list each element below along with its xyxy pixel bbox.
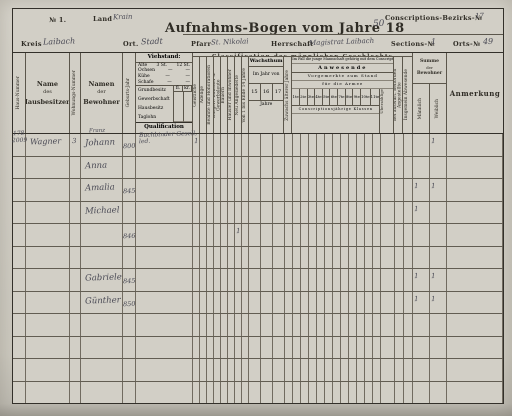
cell-n3 [214, 247, 221, 269]
cell-sm: 1 [413, 292, 430, 314]
cell-n6 [235, 269, 242, 291]
cell-bew [81, 247, 123, 269]
cell-haus [13, 337, 26, 359]
cell-c1 [301, 224, 309, 246]
cell-n2 [207, 359, 214, 381]
cell-w16 [261, 292, 273, 314]
cell-quali [136, 247, 193, 269]
cell-c6 [341, 247, 349, 269]
cell-z [285, 382, 293, 404]
tally-mark: 1 [236, 227, 241, 235]
cell-bew: Michael [81, 202, 123, 224]
cell-z [285, 359, 293, 381]
cell-sm [413, 314, 430, 336]
cell-n3 [214, 224, 221, 246]
cell-c9 [365, 359, 373, 381]
cell-c5 [333, 337, 341, 359]
cell-quali [136, 359, 193, 381]
cell-n7 [242, 382, 249, 404]
cell-r0 [395, 247, 404, 269]
class-cell: 6te [330, 89, 338, 105]
col-header-class-label: Beamte und Honoratioren [208, 65, 213, 125]
cell-wohn [70, 337, 81, 359]
cell-x [381, 157, 395, 179]
cell-c0 [293, 224, 301, 246]
cell-geb: 800 [123, 134, 136, 156]
col-header-class-label: Bauern [222, 87, 227, 104]
cell-n0 [193, 179, 200, 201]
col-header-ueberzaehlige: Überzählige [380, 89, 393, 133]
cell-c9 [365, 382, 373, 404]
cell-c6 [341, 224, 349, 246]
cell-n5 [228, 269, 235, 291]
cell-c8 [357, 359, 365, 381]
pfarr-label: Pfarr [191, 40, 211, 48]
cell-owner [26, 359, 70, 381]
cell-c9 [365, 247, 373, 269]
cell-n1 [200, 269, 207, 291]
bewohner-name: Michael [85, 205, 120, 216]
cell-haus [13, 157, 26, 179]
col-header-class-3: Bürgerl. Künstler u. Gewerbsleute [214, 57, 221, 133]
cell-wohn [70, 314, 81, 336]
cell-bew: FranzJohann [81, 134, 123, 156]
cell-c10 [373, 337, 381, 359]
cell-w15 [249, 337, 261, 359]
cell-w16 [261, 224, 273, 246]
cell-c8 [357, 382, 365, 404]
cell-c0 [293, 359, 301, 381]
cell-n2 [207, 292, 214, 314]
cell-bew [81, 382, 123, 404]
cell-c4 [325, 134, 333, 156]
cell-n2 [207, 202, 214, 224]
cell-r0 [395, 134, 404, 156]
cell-r1 [404, 134, 413, 156]
cell-sw [430, 247, 447, 269]
cell-n0 [193, 157, 200, 179]
cell-anm [447, 314, 503, 336]
cell-n2 [207, 179, 214, 201]
viehstand-title: Viehstand: [136, 53, 192, 63]
table-row [13, 382, 503, 404]
cell-x [381, 202, 395, 224]
cell-n6 [235, 314, 242, 336]
cell-n6 [235, 247, 242, 269]
cell-c1 [301, 337, 309, 359]
cell-n2 [207, 382, 214, 404]
col-header-geburtsjahr: Geburts-Jahr [123, 53, 136, 133]
orts-value: 49 [483, 37, 493, 46]
wachsthum-year: 15 [249, 84, 261, 100]
col-header-class-label: Neu Angesiedelte [236, 75, 241, 116]
cell-w15 [249, 134, 261, 156]
col-header-bewohner: Namen der Bewohner [81, 53, 123, 133]
cell-r1 [404, 382, 413, 404]
cell-w17 [273, 314, 285, 336]
cell-c2 [309, 269, 317, 291]
cell-n0 [193, 314, 200, 336]
tally-mark: 1 [431, 182, 436, 190]
cell-c1 [301, 382, 309, 404]
birth-year: 845 [123, 187, 136, 195]
cell-n4 [221, 314, 228, 336]
cell-wohn [70, 179, 81, 201]
cell-r1 [404, 359, 413, 381]
col-header-behoerden-angestellte: Bei auswärt. Behörden Angestellte [394, 57, 403, 133]
class-cell: 7te [338, 89, 346, 105]
cell-c9 [365, 202, 373, 224]
tally-mark: 1 [431, 137, 436, 145]
col-header-class-label: Bürgerl. Künstler u. Gewerbsleute [214, 57, 221, 133]
bewohner-name: Amalia [85, 182, 115, 193]
cell-w15 [249, 247, 261, 269]
wachsthum-line: Im Jahr von [249, 67, 283, 83]
cell-sw [430, 157, 447, 179]
cell-w15 [249, 292, 261, 314]
birth-year: 846 [123, 232, 136, 240]
cell-c1 [301, 247, 309, 269]
cell-c4 [325, 292, 333, 314]
cell-c10 [373, 382, 381, 404]
cell-c2 [309, 337, 317, 359]
cell-c4 [325, 224, 333, 246]
cell-w15 [249, 157, 261, 179]
cell-c0 [293, 157, 301, 179]
cell-n0 [193, 292, 200, 314]
birth-year: 850 [123, 299, 136, 307]
cell-n5 [228, 337, 235, 359]
cell-sw: 1 [430, 179, 447, 201]
cell-r0 [395, 179, 404, 201]
cell-c10 [373, 292, 381, 314]
cell-w17 [273, 292, 285, 314]
anwesende-title: Anwesende [292, 64, 393, 74]
cell-bew [81, 314, 123, 336]
cell-n5 [228, 224, 235, 246]
cell-owner [26, 179, 70, 201]
cell-haus [13, 247, 26, 269]
cell-geb: 850 [123, 292, 136, 314]
cell-r0 [395, 382, 404, 404]
cell-n5 [228, 179, 235, 201]
cell-w15 [249, 179, 261, 201]
cell-c8 [357, 269, 365, 291]
cell-sw [430, 382, 447, 404]
cell-c10 [373, 134, 381, 156]
cell-w17 [273, 157, 285, 179]
kreis-label: Kreis [21, 40, 42, 48]
cell-c6 [341, 359, 349, 381]
cell-r1 [404, 269, 413, 291]
cell-c8 [357, 314, 365, 336]
cell-wohn [70, 292, 81, 314]
conscription-value: 17 [475, 12, 484, 20]
cell-quali [136, 157, 193, 179]
cell-z [285, 337, 293, 359]
cell-c5 [333, 382, 341, 404]
tally-mark: 1 [431, 294, 436, 302]
cell-haus [13, 179, 26, 201]
cell-c9 [365, 292, 373, 314]
cell-n5 [228, 134, 235, 156]
birth-year: 845 [123, 277, 136, 285]
cell-n4 [221, 224, 228, 246]
cell-c6 [341, 179, 349, 201]
cell-n4 [221, 337, 228, 359]
cell-z [285, 134, 293, 156]
ort-label: Ort. [123, 40, 139, 48]
viehstand-sub-label: Grundbesitz [138, 88, 173, 93]
cell-n3 [214, 202, 221, 224]
anwesende-group: Im Fall die junge Mannschaft gehörig mit… [292, 57, 394, 133]
cell-n1 [200, 337, 207, 359]
wachsthum-year: 17 [273, 84, 284, 100]
cell-x [381, 224, 395, 246]
cell-c6 [341, 269, 349, 291]
summe-group: Summe der Bewohner Männlich Weiblich [413, 53, 447, 133]
cell-c4 [325, 337, 333, 359]
cell-sw [430, 337, 447, 359]
sheet-number: № 1. [49, 16, 66, 24]
cell-c0 [293, 269, 301, 291]
cell-n7 [242, 157, 249, 179]
cell-w17 [273, 382, 285, 404]
cell-n1 [200, 292, 207, 314]
cell-c10 [373, 202, 381, 224]
cell-c10 [373, 269, 381, 291]
cell-anm [447, 337, 503, 359]
viehstand-sub-label: Hausbesitz [138, 106, 173, 111]
form-title-year: 50 [373, 19, 385, 29]
cell-sw [430, 224, 447, 246]
table-row: Günther85011 [13, 292, 503, 315]
cell-c1 [301, 202, 309, 224]
cell-c6 [341, 337, 349, 359]
cell-x [381, 134, 395, 156]
cell-n3 [214, 314, 221, 336]
cell-w15 [249, 224, 261, 246]
cell-c1 [301, 314, 309, 336]
wohnung-number: 3 [72, 137, 77, 145]
cell-c2 [309, 247, 317, 269]
cell-quali [136, 314, 193, 336]
cell-w16 [261, 179, 273, 201]
cell-c2 [309, 134, 317, 156]
col-header-zuwachs: Zuwachs älterer Jahre [284, 57, 292, 133]
cell-n0 [193, 202, 200, 224]
cell-owner [26, 382, 70, 404]
tally-mark: 1 [431, 272, 436, 280]
cell-c6 [341, 292, 349, 314]
cell-z [285, 247, 293, 269]
subcol-kr: kr. [183, 86, 192, 91]
cell-x [381, 292, 395, 314]
cell-r1 [404, 337, 413, 359]
cell-wohn [70, 224, 81, 246]
cell-c9 [365, 224, 373, 246]
cell-c0 [293, 337, 301, 359]
land-value: Krain [113, 13, 133, 22]
viehstand-subtable: GrundbesitzGewerbschaftHausbesitzTaglohn… [136, 85, 192, 122]
herrschaft-value: Magistrat Laibach [309, 37, 374, 47]
cell-c10 [373, 224, 381, 246]
cell-n3 [214, 382, 221, 404]
cell-w16 [261, 157, 273, 179]
classification-group: Classification des männlichen Geschlecht… [193, 53, 413, 133]
cell-r1 [404, 314, 413, 336]
cell-wohn: 3 [70, 134, 81, 156]
cell-sm [413, 382, 430, 404]
cell-z [285, 269, 293, 291]
cell-quali [136, 337, 193, 359]
cell-bew [81, 224, 123, 246]
cell-c2 [309, 224, 317, 246]
cell-sw: 1 [430, 292, 447, 314]
cell-w17 [273, 134, 285, 156]
cell-n5 [228, 247, 235, 269]
cell-sm: 1 [413, 269, 430, 291]
cell-c7 [349, 224, 357, 246]
cell-c7 [349, 314, 357, 336]
cell-n7 [242, 292, 249, 314]
cell-n0: 1 [193, 134, 200, 156]
cell-owner [26, 202, 70, 224]
cell-n6 [235, 157, 242, 179]
cell-sm [413, 224, 430, 246]
col-header-class-1: Adelige [200, 57, 207, 133]
cell-c1 [301, 359, 309, 381]
cell-n4 [221, 269, 228, 291]
cell-c1 [301, 157, 309, 179]
cell-w15 [249, 359, 261, 381]
cell-c5 [333, 314, 341, 336]
cell-n3 [214, 269, 221, 291]
table-row: 8461 [13, 224, 503, 247]
col-header-wohnungs-nummer: Wohnungs-Nummer [70, 53, 81, 133]
class-cell: 3te [308, 89, 316, 105]
cell-c2 [309, 179, 317, 201]
cell-c0 [293, 134, 301, 156]
tally-mark: 1 [414, 294, 419, 302]
cell-anm [447, 382, 503, 404]
cell-n7 [242, 224, 249, 246]
table-header: Haus-Nummer Name des Hausbesitzers Wohnu… [13, 53, 503, 134]
cell-n0 [193, 224, 200, 246]
cell-geb [123, 314, 136, 336]
cell-r0 [395, 359, 404, 381]
cell-r0 [395, 269, 404, 291]
cell-haus [13, 224, 26, 246]
cell-anm [447, 179, 503, 201]
cell-c8 [357, 157, 365, 179]
class-cell: 4te [315, 89, 323, 105]
cell-n1 [200, 314, 207, 336]
class-cell: 5te [323, 89, 331, 105]
cell-x [381, 269, 395, 291]
viehstand-cell: 3 St. [157, 63, 168, 69]
cell-n3 [214, 337, 221, 359]
cell-haus [13, 359, 26, 381]
cell-c4 [325, 202, 333, 224]
cell-sm [413, 359, 430, 381]
cell-w17 [273, 179, 285, 201]
col-header-class-label: Geistliche [194, 84, 199, 107]
cell-x [381, 337, 395, 359]
cell-c6 [341, 382, 349, 404]
cell-haus [13, 269, 26, 291]
cell-n5 [228, 292, 235, 314]
cell-c9 [365, 337, 373, 359]
cell-n2 [207, 269, 214, 291]
class-cell: 9te [353, 89, 361, 105]
cell-n6 [235, 202, 242, 224]
qualification-text: led. [139, 138, 150, 145]
cell-c1 [301, 179, 309, 201]
cell-haus [13, 202, 26, 224]
cell-c3 [317, 337, 325, 359]
cell-quali [136, 179, 193, 201]
cell-w16 [261, 202, 273, 224]
cell-z [285, 292, 293, 314]
cell-w15 [249, 314, 261, 336]
cell-w16 [261, 247, 273, 269]
cell-wohn [70, 359, 81, 381]
class-cell: 11te [371, 89, 380, 105]
col-header-weiblich: Weiblich [430, 84, 446, 133]
cell-n0 [193, 382, 200, 404]
col-header-maennlich: Männlich [413, 84, 430, 133]
cell-c3 [317, 382, 325, 404]
cell-c7 [349, 292, 357, 314]
table-row [13, 247, 503, 270]
cell-c0 [293, 247, 301, 269]
cell-sm [413, 247, 430, 269]
cell-n0 [193, 337, 200, 359]
cell-owner [26, 224, 70, 246]
cell-c4 [325, 157, 333, 179]
cell-sw [430, 314, 447, 336]
cell-quali [136, 269, 193, 291]
cell-c10 [373, 359, 381, 381]
wachsthum-group: Wachsthum Im Jahr von 151617 Jahre [249, 57, 284, 133]
cell-n1 [200, 247, 207, 269]
anwesende-note: Im Fall die junge Mannschaft gehörig mit… [292, 57, 393, 64]
cell-n3 [214, 134, 221, 156]
cell-n5 [228, 382, 235, 404]
cell-c8 [357, 224, 365, 246]
cell-sw [430, 202, 447, 224]
cell-c3 [317, 359, 325, 381]
cell-c1 [301, 134, 309, 156]
wachsthum-year: 16 [261, 84, 273, 100]
cell-c7 [349, 179, 357, 201]
cell-c8 [357, 337, 365, 359]
cell-c0 [293, 314, 301, 336]
cell-sm [413, 157, 430, 179]
cell-n7 [242, 359, 249, 381]
cell-n6 [235, 382, 242, 404]
wachsthum-title: Wachsthum [249, 57, 283, 67]
herrschaft-label: Herrschaft [271, 40, 313, 48]
cell-r1 [404, 247, 413, 269]
class-cell: 10te [361, 89, 371, 105]
cell-c7 [349, 269, 357, 291]
cell-bew: Günther [81, 292, 123, 314]
cell-n6 [235, 134, 242, 156]
cell-z [285, 224, 293, 246]
kreis-value: Laibach [43, 36, 75, 46]
